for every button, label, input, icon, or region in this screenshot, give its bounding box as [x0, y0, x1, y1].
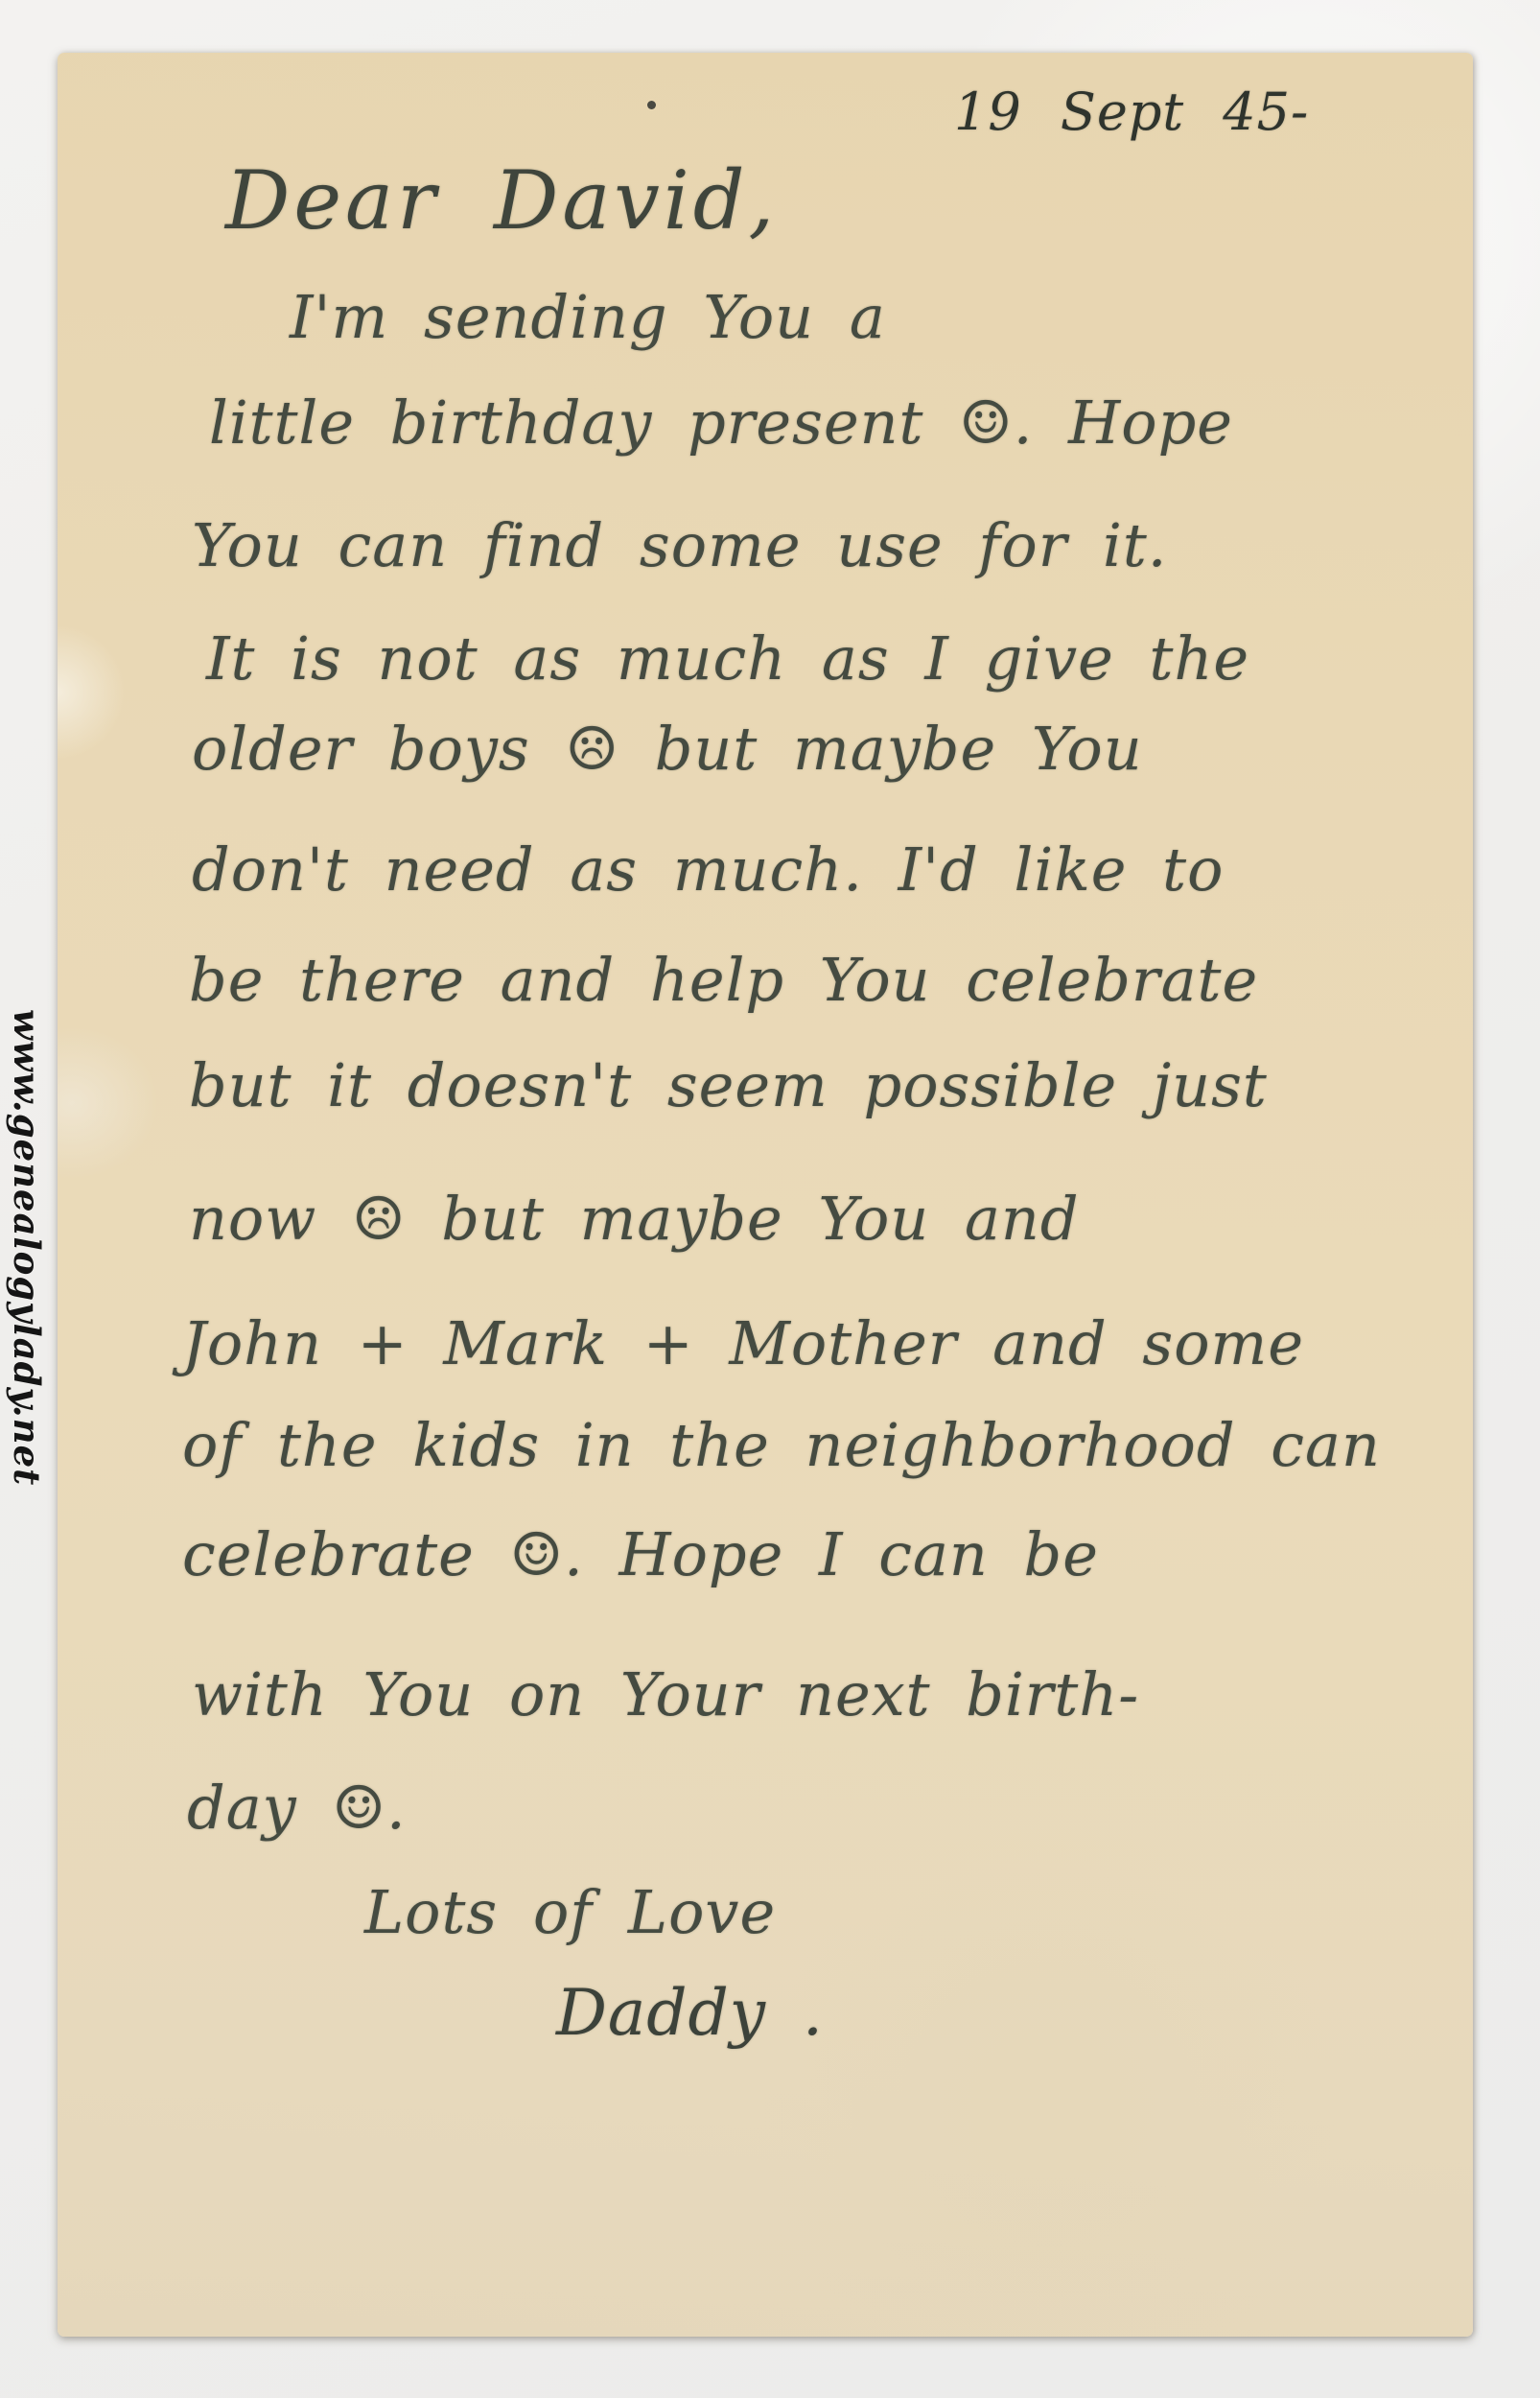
letter-line-3: You can find some use for it.	[192, 513, 1168, 578]
letter-line-7: be there and help You celebrate	[189, 948, 1258, 1013]
letter-line-13: with You on Your next birth-	[192, 1662, 1139, 1728]
letter-line-4: It is not as much as I give the	[206, 626, 1249, 692]
letter-line-6: don't need as much. I'd like to	[192, 837, 1224, 903]
watermark-text: www.genealogylady.net	[6, 1009, 48, 1486]
letter-line-12: celebrate ☺. Hope I can be	[182, 1522, 1099, 1587]
closing: Lots of Love	[364, 1880, 776, 1945]
scanned-letter-page: www.genealogylady.net 19 Sept 45- Dear D…	[0, 0, 1540, 2398]
salutation: Dear David,	[225, 156, 778, 245]
signature: Daddy .	[556, 1979, 824, 2049]
letter-line-8: but it doesn't seem possible just	[189, 1053, 1268, 1118]
letter-line-14: day ☺.	[187, 1775, 407, 1841]
letter-paper: 19 Sept 45- Dear David, I'm sending You …	[58, 53, 1473, 2337]
letter-line-9: now ☹ but maybe You and	[189, 1187, 1080, 1252]
letter-line-5: older boys ☹ but maybe You	[192, 717, 1143, 782]
paper-speck	[647, 101, 656, 109]
letter-line-11: of the kids in the neighborhood can	[182, 1413, 1381, 1478]
letter-line-1: I'm sending You a	[290, 285, 886, 350]
letter-line-2: little birthday present ☺. Hope	[209, 390, 1233, 456]
letter-line-10: John + Mark + Mother and some	[182, 1311, 1304, 1376]
letter-date: 19 Sept 45-	[954, 83, 1309, 140]
